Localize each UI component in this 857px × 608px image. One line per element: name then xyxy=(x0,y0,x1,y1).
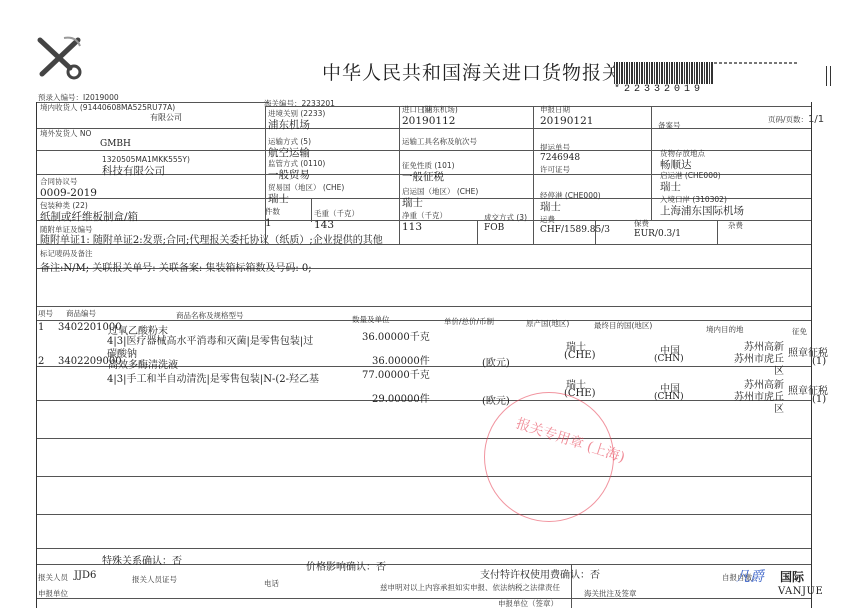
barcode-text: *22332019 xyxy=(614,84,704,95)
trade-country-field: 贸易国（地区） (CHE)瑞士 xyxy=(268,184,344,205)
barcode-mark xyxy=(826,66,831,86)
phone-label: 电话 xyxy=(264,578,279,589)
col-hs-code: 商品编号 xyxy=(66,308,96,319)
marks-field: 标记唛码及备注备注:N/M; 关联报关单号: 关联备案: 集装箱标箱数及号码: … xyxy=(40,250,312,274)
storage-field: 货物存放地点畅顺达 xyxy=(660,150,705,171)
consignee-field: 境内收货人 (91440608MA525RU77A)有限公司 xyxy=(40,104,182,122)
col-quantity: 数量及单位 xyxy=(352,314,390,325)
document-title: 中华人民共和国海关进口货物报关单 xyxy=(322,58,642,85)
via-port-field: 经停港 (CHE000)瑞士 xyxy=(540,192,601,213)
supervision-field: 监管方式 (0110)一般贸易 xyxy=(268,160,325,181)
declarant-value: JJD6 xyxy=(74,570,96,581)
row1-no: 1 xyxy=(38,322,44,333)
row1-domestic-dest: 苏州高新 苏州市虎丘区 xyxy=(732,342,784,378)
barcode-tail xyxy=(714,62,798,64)
price-influence: 价格影响确认：否 xyxy=(306,558,386,573)
row1-qty2: 36.00000件 xyxy=(372,352,430,367)
freight-field: 运费CHF/1589.85/3 xyxy=(540,216,610,235)
row1-qty1: 36.00000千克 xyxy=(362,328,430,343)
contract-no-field: 合同协议号0009-2019 xyxy=(40,178,97,199)
vanjue-brand-suffix: 国际 xyxy=(780,568,804,585)
row2-dest-country-code: (CHN) xyxy=(654,392,684,402)
declarant-label: 报关人员 xyxy=(38,572,68,583)
consumer-field: 1320505MA1MKK555Y)科技有限公司 xyxy=(102,156,190,177)
trade-terms-field: 成交方式 (3)FOB xyxy=(484,214,527,233)
row1-currency: (欧元) xyxy=(482,354,510,369)
col-price: 单价/总价/币制 xyxy=(444,316,494,327)
col-levy: 征免 xyxy=(792,326,807,337)
transport-tool-field: 运输工具名称及航次号 xyxy=(402,138,477,147)
record-no-field: 备案号 xyxy=(658,122,681,131)
row2-domestic-dest: 苏州高新 苏州市虎丘区 xyxy=(732,380,784,416)
entry-port-field: 入境口岸 (310302)上海浦东国际机场 xyxy=(660,196,744,217)
special-relation: 特殊关系确认：否 xyxy=(102,552,182,567)
col-goods-name: 商品名称及规格型号 xyxy=(176,310,244,321)
row2-qty1: 77.00000千克 xyxy=(362,366,430,381)
license-no-field: 许可证号 xyxy=(540,166,570,175)
row1-name: 过氧乙酸粉末 xyxy=(108,322,168,337)
col-origin: 原产国(地区) xyxy=(526,318,569,329)
row1-origin-code: (CHE) xyxy=(564,350,595,361)
col-item-no: 项号 xyxy=(38,308,53,319)
insurance-field: 保费EUR/0.3/1 xyxy=(634,220,681,239)
row2-no: 2 xyxy=(38,356,44,367)
declarant-cert: 报关人员证号 xyxy=(132,574,177,585)
departure-port-field: 启运港 (CHE000)瑞士 xyxy=(660,172,721,193)
bill-no-field: 提运单号7246948 xyxy=(540,144,580,163)
row2-levy-code: (1) xyxy=(812,394,826,405)
row2-name: 高效多酶清洗液 xyxy=(108,356,178,371)
barcode xyxy=(614,62,714,84)
attached-docs-field: 随附单证及编号随附单证1: 随附单证2:发票;合同;代理报关委托协议（纸质）;企… xyxy=(40,226,383,246)
royalty-confirm: 支付特许权使用费确认：否 xyxy=(480,566,600,581)
declare-date-field: 申报日期20190121 xyxy=(540,106,593,127)
row2-currency: (欧元) xyxy=(482,392,510,407)
vanjue-brand-en: VANJUE xyxy=(778,586,823,597)
row1-dest-country-code: (CHN) xyxy=(654,354,684,364)
transport-mode-field: 运输方式 (5)航空运输 xyxy=(268,138,311,159)
port-entry-field: 进境关别 (2233)浦东机场 xyxy=(268,110,325,131)
legal-statement: 兹申明对以上内容承担如实申报、依法纳税之法律责任 xyxy=(380,582,570,593)
row2-qty2: 29.00000件 xyxy=(372,390,430,405)
row1-levy-code: (1) xyxy=(812,356,826,367)
misc-fee-field: 杂费 xyxy=(728,222,743,231)
row2-spec: 4|3|手工和半自动清洗|是零售包装|N-(2-羟乙基 xyxy=(107,370,319,385)
declare-unit: 申报单位 xyxy=(38,588,68,599)
origin-country-field: 启运国（地区） (CHE)瑞士 xyxy=(402,188,478,209)
col-domestic-dest: 境内目的地 xyxy=(706,324,744,335)
col-final-dest: 最终目的国(地区) xyxy=(594,320,652,331)
customs-approval: 海关批注及签章 xyxy=(584,588,637,599)
customs-emblem-icon xyxy=(34,32,86,80)
vanjue-brand-cn: 凡爵 xyxy=(736,566,764,586)
package-type-field: 包装种类 (22)纸制或纤维板制盒/箱 xyxy=(40,202,138,223)
import-date-field: 进口日期20190112 xyxy=(402,106,455,127)
levy-nature-field: 征免性质 (101)一般征税 xyxy=(402,162,455,183)
declare-unit-seal: 申报单位（签章） xyxy=(498,598,558,608)
net-weight-field: 净重（千克）113 xyxy=(402,212,447,233)
shipper-field: 境外发货人 NOGMBH xyxy=(40,130,131,149)
